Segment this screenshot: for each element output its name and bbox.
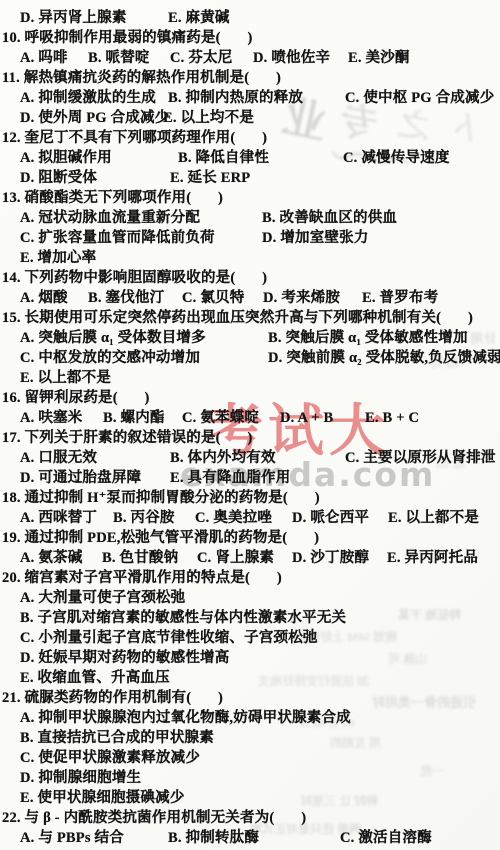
text-segment: C. 奥美拉唑	[195, 508, 272, 528]
q21-option-b: B. 直接拮抗已合成的甲状腺素	[0, 728, 500, 748]
q17-options-2: D. 可通过胎盘屏障E. 具有降血脂作用	[0, 468, 500, 488]
q20-option-e: E. 收缩血管、升高血压	[0, 668, 500, 688]
q20-option-b: B. 子宫肌对缩宫素的敏感性与体内性激素水平无关	[0, 608, 500, 628]
text-segment: C. 肾上腺素	[197, 548, 274, 568]
text-segment: D. 考来烯胺	[263, 288, 340, 308]
text-segment: D. A + B	[280, 408, 333, 428]
text-segment: C. 氯贝特	[182, 288, 244, 308]
text-segment: 11. 解热镇痛抗炎药的解热作用机制是( )	[2, 68, 281, 88]
text-segment: A. 氨茶碱	[20, 548, 82, 568]
text-segment: E. 普罗布考	[362, 288, 438, 308]
q22-options: A. 与 PBPs 结合B. 抑制转肽酶C. 激活自溶酶	[0, 828, 500, 848]
q12-options-2: D. 阻断受体E. 延长 ERP	[0, 168, 500, 188]
q10-stem: 10. 呼吸抑制作用最弱的镇痛药是( )	[0, 28, 500, 48]
q20-stem: 20. 缩宫素对子宫平滑肌作用的特点是( )	[0, 568, 500, 588]
text-segment: B. 子宫肌对缩宫素的敏感性与体内性激素水平无关	[20, 608, 346, 628]
text-segment: B. 直接拮抗已合成的甲状腺素	[20, 728, 214, 748]
text-segment: B. 哌替啶	[88, 48, 150, 68]
q13-stem: 13. 硝酸酯类无下列哪项作用( )	[0, 188, 500, 208]
text-segment: A. 冠状动脉血流量重新分配	[20, 208, 200, 228]
q16-stem: 16. 留钾利尿药是( )	[0, 388, 500, 408]
text-segment: B. 丙谷胺	[113, 508, 175, 528]
text-segment: 14. 下列药物中影响胆固醇吸收的是( )	[2, 268, 267, 288]
text-segment: D. 使外周 PG 合成减少	[20, 108, 169, 128]
q15-options-3: E. 以上都不是	[0, 368, 500, 388]
text-segment: E. 具有降血脂作用	[170, 468, 290, 488]
q17-stem: 17. 下列关于肝素的叙述错误的是( )	[0, 428, 500, 448]
q18-stem: 18. 通过抑制 H⁺泵而抑制胃酸分泌的药物是( )	[0, 488, 500, 508]
text-segment: 20. 缩宫素对子宫平滑肌作用的特点是( )	[2, 568, 282, 588]
text-segment: D. 阻断受体	[20, 168, 97, 188]
q11-stem: 11. 解热镇痛抗炎药的解热作用机制是( )	[0, 68, 500, 88]
q19-options: A. 氨茶碱B. 色甘酸钠C. 肾上腺素D. 沙丁胺醇E. 异丙阿托品	[0, 548, 500, 568]
text-segment: E. 异丙阿托品	[387, 548, 478, 568]
text-segment: 12. 奎尼丁不具有下列哪项药理作用( )	[2, 128, 267, 148]
q15-options-2: C. 中枢发放的交感冲动增加D. 突触前膜 α₂ 受体脱敏,负反馈减弱	[0, 348, 500, 368]
text-segment: A. 拟胆碱作用	[20, 148, 112, 168]
text-segment: B. 突触后膜 α₁ 受体敏感性增加	[268, 328, 468, 348]
q14-stem: 14. 下列药物中影响胆固醇吸收的是( )	[0, 268, 500, 288]
q22-stem: 22. 与 β - 内酰胺类抗菌作用机制无关者为( )	[0, 808, 500, 828]
text-segment: B. 螺内酯	[103, 408, 165, 428]
text-segment: B. 降低自律性	[178, 148, 269, 168]
q12-stem: 12. 奎尼丁不具有下列哪项药理作用( )	[0, 128, 500, 148]
text-segment: B. 抑制内热原的释放	[168, 88, 303, 108]
q21-option-e: E. 使甲状腺细胞摄碘减少	[0, 788, 500, 808]
text-segment: D. 妊娠早期对药物的敏感性增高	[20, 648, 229, 668]
q13-options-3: E. 增加心率	[0, 248, 500, 268]
text-segment: C. 减慢传导速度	[343, 148, 450, 168]
q21-option-d: D. 抑制腺细胞增生	[0, 768, 500, 788]
text-segment: D. 可通过胎盘屏障	[20, 468, 141, 488]
text-segment: 22. 与 β - 内酰胺类抗菌作用机制无关者为( )	[2, 808, 306, 828]
text-layer: D. 异丙肾上腺素E. 麻黄碱10. 呼吸抑制作用最弱的镇痛药是( )A. 吗啡…	[0, 0, 500, 850]
text-segment: A. 烟酸	[20, 288, 68, 308]
text-segment: E. 使甲状腺细胞摄碘减少	[20, 788, 185, 808]
text-segment: B. 色甘酸钠	[102, 548, 178, 568]
text-segment: A. 大剂量可使子宫颈松弛	[20, 588, 185, 608]
text-segment: E. 以上都不是	[388, 508, 479, 528]
q13-options-2: C. 扩张容量血管而降低前负荷D. 增加室壁张力	[0, 228, 500, 248]
text-segment: A. 抑制甲状腺腺泡内过氧化物酶,妨碍甲状腺素合成	[20, 708, 351, 728]
q21-stem: 21. 硫脲类药物的作用机制有( )	[0, 688, 500, 708]
q9-options-de: D. 异丙肾上腺素E. 麻黄碱	[0, 8, 500, 28]
text-segment: E. 以上均不是	[163, 108, 254, 128]
q14-options: A. 烟酸B. 塞伐他汀C. 氯贝特D. 考来烯胺E. 普罗布考	[0, 288, 500, 308]
text-segment: D. 抑制腺细胞增生	[20, 768, 141, 788]
q13-options-1: A. 冠状动脉血流量重新分配B. 改善缺血区的供血	[0, 208, 500, 228]
text-segment: A. 抑制缓激肽的生成	[20, 88, 156, 108]
q11-options-2: D. 使外周 PG 合成减少E. 以上均不是	[0, 108, 500, 128]
q15-options-1: A. 突触后膜 α₁ 受体数目增多B. 突触后膜 α₁ 受体敏感性增加	[0, 328, 500, 348]
text-segment: C. 芬太尼	[170, 48, 232, 68]
exam-page: 业专之卜〜〜计用相 对进 出特征地 干某规划 50M 上好转让山脉 可加 法进行…	[0, 0, 500, 850]
text-segment: B. 抑制转肽酶	[168, 828, 259, 848]
q15-stem: 15. 长期使用可乐定突然停药出现血压突然升高与下列哪种机制有关( )	[0, 308, 500, 328]
q17-options-1: A. 口服无效B. 体内外均有效C. 主要以原形从肾排泄	[0, 448, 500, 468]
text-segment: D. 喷他佐辛	[253, 48, 330, 68]
text-segment: A. 与 PBPs 结合	[20, 828, 124, 848]
text-segment: C. 使促甲状腺激素释放减少	[20, 748, 200, 768]
text-segment: 18. 通过抑制 H⁺泵而抑制胃酸分泌的药物是( )	[2, 488, 320, 508]
text-segment: C. 主要以原形从肾排泄	[345, 448, 496, 468]
text-segment: 13. 硝酸酯类无下列哪项作用( )	[2, 188, 223, 208]
text-segment: D. 突触前膜 α₂ 受体脱敏,负反馈减弱	[268, 348, 500, 368]
text-segment: C. 使中枢 PG 合成减少	[345, 88, 494, 108]
text-segment: D. 增加室壁张力	[262, 228, 369, 248]
q10-options: A. 吗啡B. 哌替啶C. 芬太尼D. 喷他佐辛E. 美沙酮	[0, 48, 500, 68]
text-segment: E. B + C	[365, 408, 419, 428]
text-segment: 16. 留钾利尿药是( )	[2, 388, 150, 408]
text-segment: C. 激活自溶酶	[340, 828, 432, 848]
q20-option-a: A. 大剂量可使子宫颈松弛	[0, 588, 500, 608]
q20-option-c: C. 小剂量引起子宫底节律性收缩、子宫颈松弛	[0, 628, 500, 648]
text-segment: 17. 下列关于肝素的叙述错误的是( )	[2, 428, 252, 448]
text-segment: D. 异丙肾上腺素	[20, 8, 127, 28]
q19-stem: 19. 通过抑制 PDE,松弛气管平滑肌的药物是( )	[0, 528, 500, 548]
text-segment: 19. 通过抑制 PDE,松弛气管平滑肌的药物是( )	[2, 528, 319, 548]
text-segment: C. 扩张容量血管而降低前负荷	[20, 228, 215, 248]
text-segment: 10. 呼吸抑制作用最弱的镇痛药是( )	[2, 28, 252, 48]
q16-options: A. 呋塞米B. 螺内酯C. 氨苯蝶啶D. A + BE. B + C	[0, 408, 500, 428]
q11-options-1: A. 抑制缓激肽的生成B. 抑制内热原的释放C. 使中枢 PG 合成减少	[0, 88, 500, 108]
text-segment: B. 体内外均有效	[170, 448, 276, 468]
text-segment: C. 中枢发放的交感冲动增加	[20, 348, 200, 368]
text-segment: D. 沙丁胺醇	[292, 548, 369, 568]
text-segment: A. 口服无效	[20, 448, 97, 468]
q12-options-1: A. 拟胆碱作用B. 降低自律性C. 减慢传导速度	[0, 148, 500, 168]
text-segment: C. 小剂量引起子宫底节律性收缩、子宫颈松弛	[20, 628, 318, 648]
text-segment: A. 呋塞米	[20, 408, 82, 428]
text-segment: E. 增加心率	[20, 248, 96, 268]
text-segment: E. 延长 ERP	[170, 168, 250, 188]
text-segment: A. 突触后膜 α₁ 受体数目增多	[20, 328, 206, 348]
text-segment: E. 收缩血管、升高血压	[20, 668, 170, 688]
text-segment: 21. 硫脲类药物的作用机制有( )	[2, 688, 223, 708]
q20-option-d: D. 妊娠早期对药物的敏感性增高	[0, 648, 500, 668]
q21-option-c: C. 使促甲状腺激素释放减少	[0, 748, 500, 768]
text-segment: E. 以上都不是	[20, 368, 111, 388]
text-segment: B. 改善缺血区的供血	[262, 208, 397, 228]
text-segment: 15. 长期使用可乐定突然停药出现血压突然升高与下列哪种机制有关( )	[2, 308, 473, 328]
text-segment: B. 塞伐他汀	[88, 288, 164, 308]
text-segment: C. 氨苯蝶啶	[182, 408, 259, 428]
text-segment: E. 麻黄碱	[168, 8, 230, 28]
text-segment: A. 西咪替丁	[20, 508, 97, 528]
text-segment: A. 吗啡	[20, 48, 68, 68]
text-segment: D. 哌仑西平	[292, 508, 369, 528]
q18-options: A. 西咪替丁B. 丙谷胺C. 奥美拉唑D. 哌仑西平E. 以上都不是	[0, 508, 500, 528]
text-segment: E. 美沙酮	[348, 48, 410, 68]
q21-option-a: A. 抑制甲状腺腺泡内过氧化物酶,妨碍甲状腺素合成	[0, 708, 500, 728]
